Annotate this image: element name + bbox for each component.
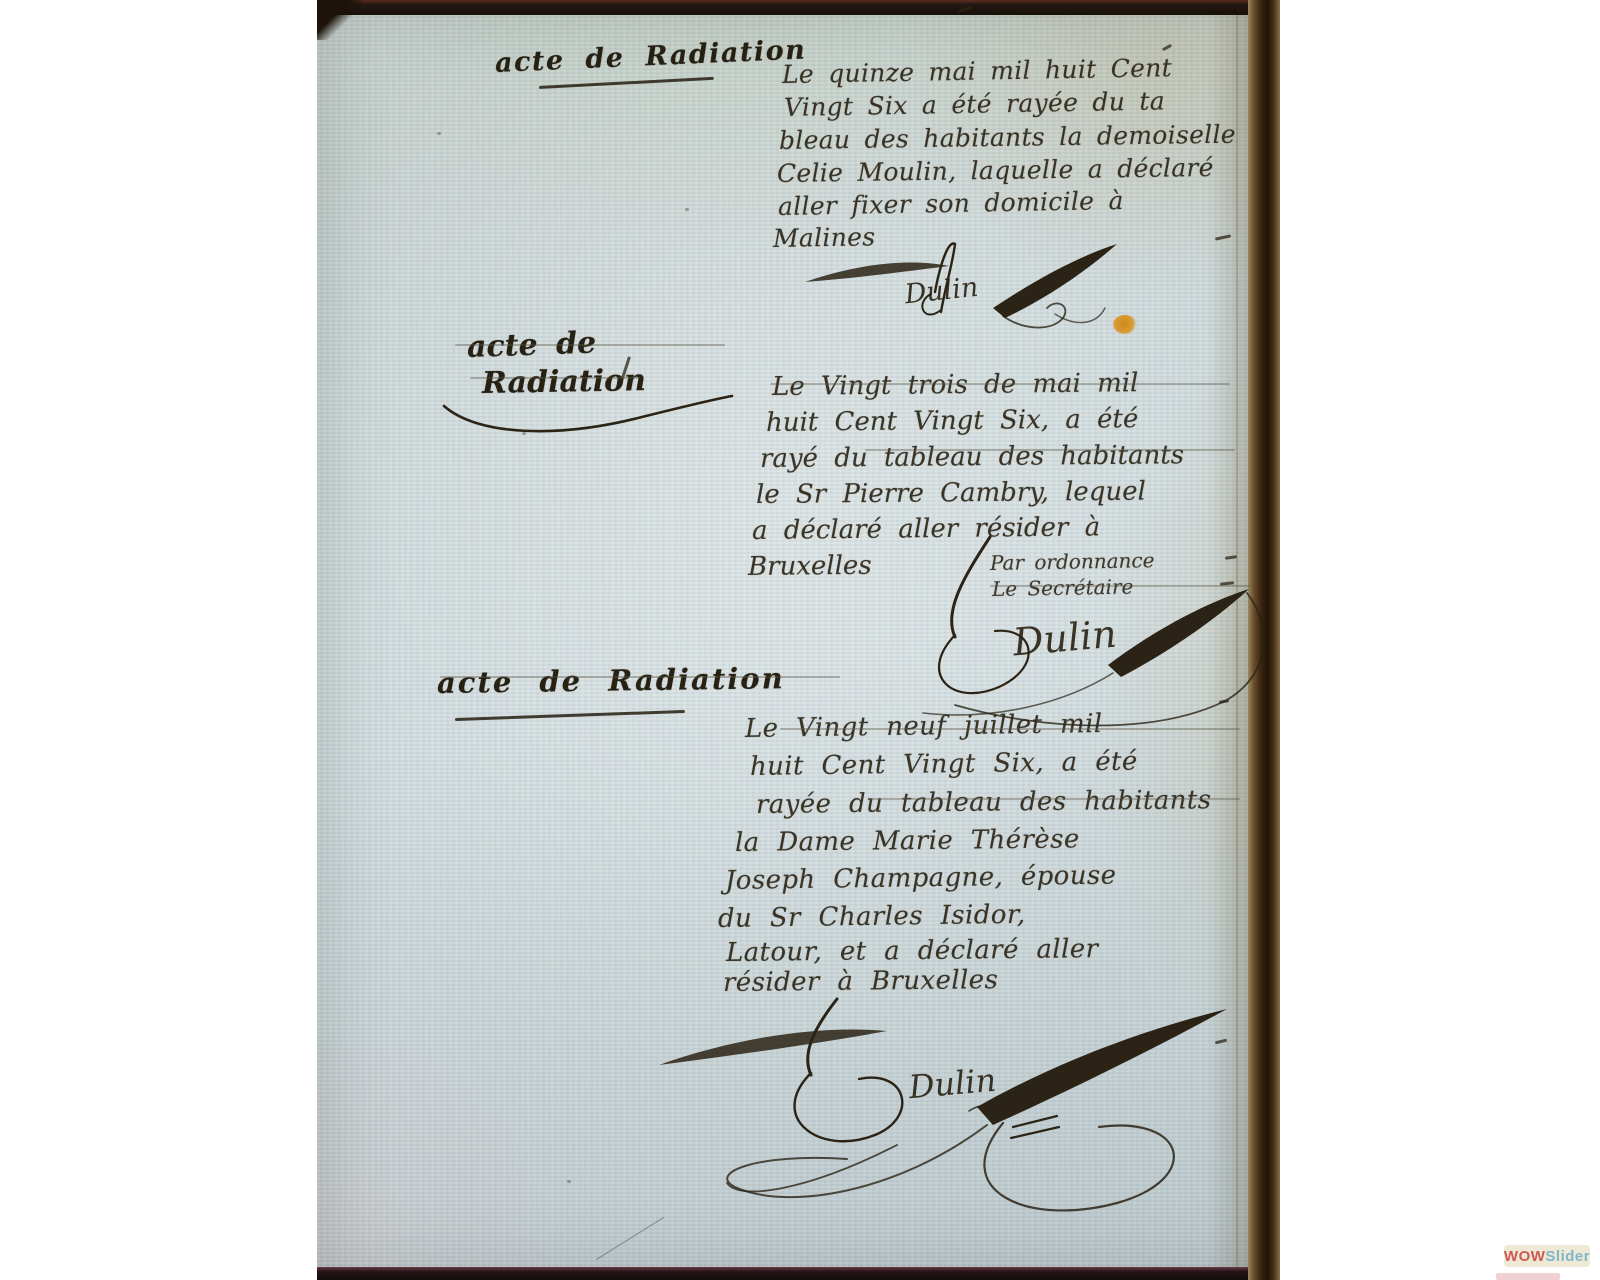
watermark-brand-primary: WOW	[1504, 1248, 1545, 1265]
manuscript-line: rayé du tableau des habitants	[760, 440, 1184, 474]
manuscript-line: Bruxelles	[748, 551, 872, 582]
manuscript-line: Le Vingt neuf juillet mil	[745, 709, 1103, 744]
entry3-heading: acte de Radiation	[437, 661, 785, 700]
manuscript-line: huit Cent Vingt Six, a été	[766, 404, 1139, 438]
signature-entry3: Dulin	[647, 995, 1247, 1250]
manuscript-line: la Dame Marie Thérèse	[735, 824, 1080, 858]
manuscript-line: huit Cent Vingt Six, a été	[750, 747, 1138, 782]
manuscript-line: aller fixer son domicile à	[778, 186, 1124, 221]
strikethrough-mark	[440, 676, 840, 678]
manuscript-line: le Sr Pierre Cambry, lequel	[756, 477, 1146, 510]
manuscript-line: rayée du tableau des habitants	[756, 785, 1212, 820]
strikethrough-mark	[990, 585, 1255, 587]
strikethrough-mark	[870, 798, 1240, 800]
entry2-heading-swash	[438, 392, 738, 442]
strikethrough-mark	[470, 377, 640, 379]
strikethrough-mark	[455, 344, 725, 346]
signature-name: Dulin	[1010, 612, 1118, 665]
strikethrough-mark	[865, 449, 1235, 451]
strikethrough-mark	[780, 728, 1240, 730]
manuscript-line: Celie Moulin, laquelle a déclaré	[777, 153, 1214, 188]
watermark-smudge	[1496, 1273, 1560, 1280]
manuscript-line: Le Vingt trois de mai mil	[772, 368, 1139, 402]
manuscript-line: résider à Bruxelles	[723, 965, 999, 998]
ink-stain	[1113, 315, 1137, 334]
book-edge-bottom	[317, 1267, 1280, 1280]
signature-name: Dulin	[906, 1061, 997, 1107]
signature-name: Dulin	[902, 272, 980, 311]
wowslider-watermark[interactable]: WOWSlider	[1504, 1245, 1590, 1267]
manuscript-line: du Sr Charles Isidor,	[718, 900, 1026, 934]
book-edge-top	[317, 0, 1280, 15]
book-corner-shadow	[317, 0, 363, 40]
manuscript-line: Latour, et a déclaré aller	[726, 934, 1099, 968]
watermark-brand-secondary: Slider	[1545, 1248, 1590, 1265]
screenshot-canvas: acte de Radiation Le quinze mai mil huit…	[0, 0, 1600, 1280]
strikethrough-mark	[770, 383, 1230, 385]
register-page-photo: acte de Radiation Le quinze mai mil huit…	[317, 0, 1280, 1280]
manuscript-line: Joseph Champagne, épouse	[725, 861, 1117, 896]
signature-entry1: Dulin	[797, 236, 1127, 336]
